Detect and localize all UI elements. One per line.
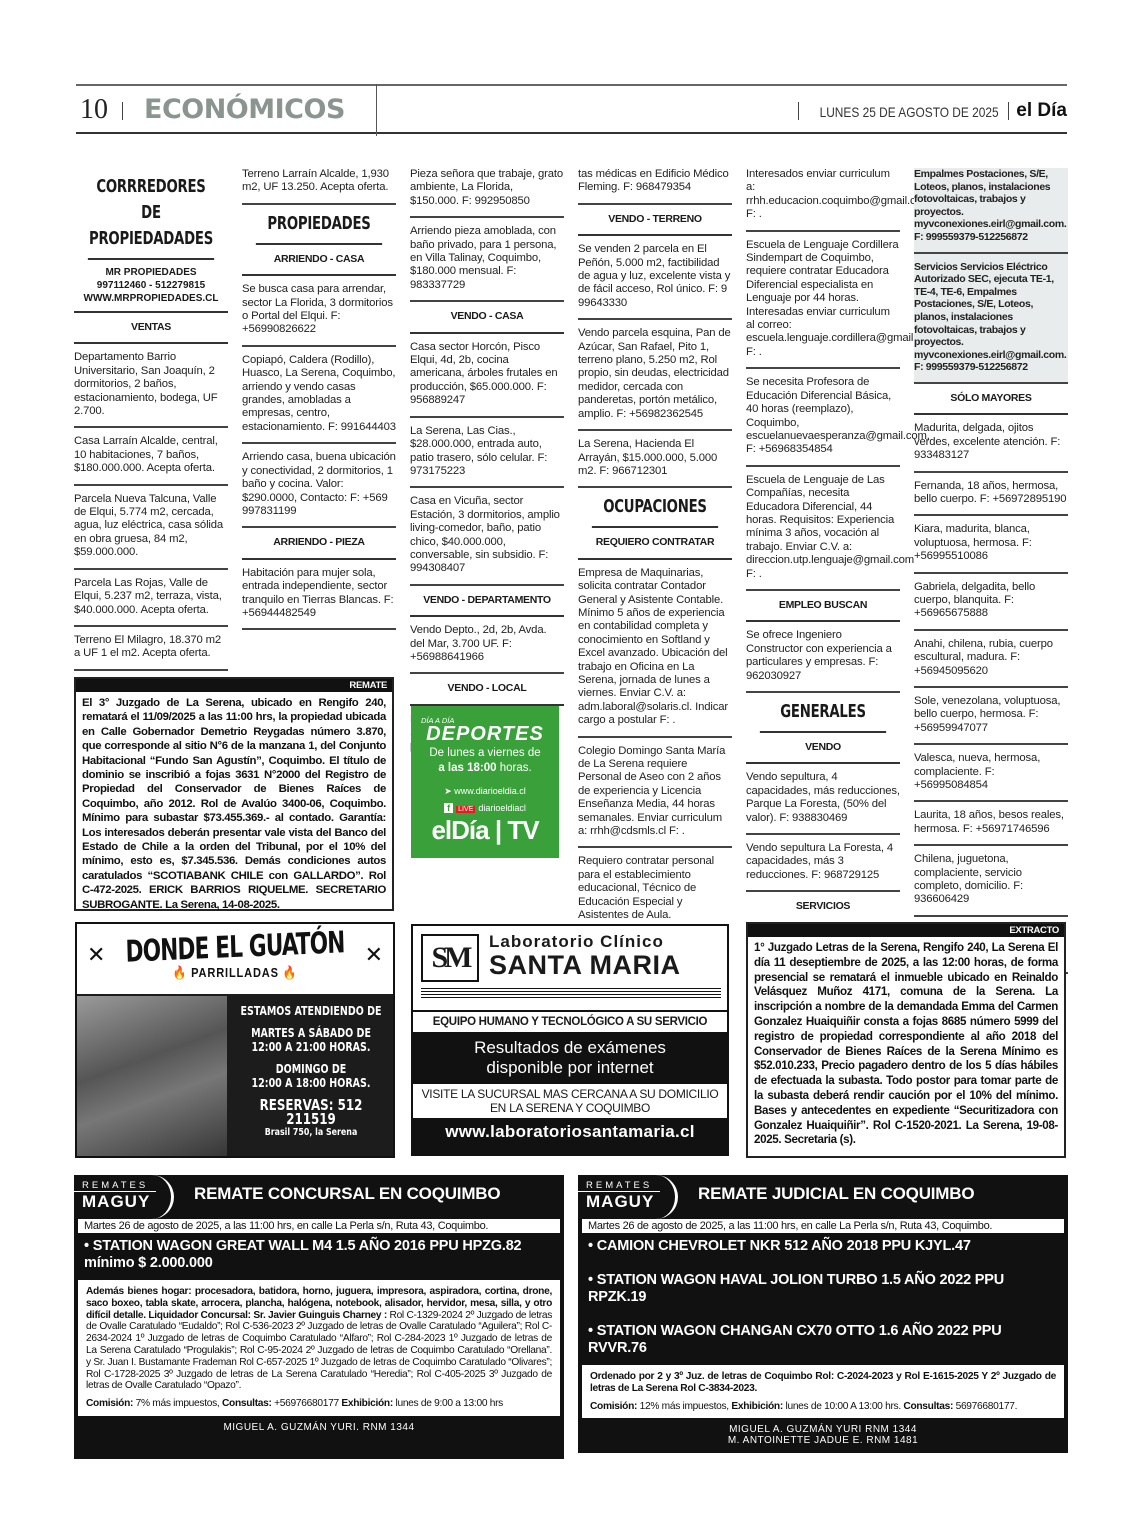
classified-ad: Parcela Las Rojas, Valle de Elqui, 5.237… <box>74 570 228 627</box>
live-badge: LIVE <box>456 806 475 813</box>
remate-detail: Ordenado por 2 y 3º Juz. de letras de Co… <box>582 1365 1064 1418</box>
maguy-logo: REMATES MAGUY <box>74 1175 174 1219</box>
eldia-tv-logo: elDía | TV <box>411 815 559 846</box>
subsection-heading: ARRIENDO - PIEZA <box>242 528 396 559</box>
classified-ad: Chilena, juguetona, complaciente, servic… <box>914 846 1068 917</box>
remate-detail: Además bienes hogar: procesadora, batido… <box>78 1280 560 1416</box>
remate-terms: Comisión: 7% más impuestos, Consultas: +… <box>86 1398 552 1410</box>
notice-tag: EXTRACTO <box>748 924 1064 937</box>
classified-ad: Valesca, nueva, hermosa, complaciente. F… <box>914 745 1068 802</box>
classified-ad: Arriendo pieza amoblada, con baño privad… <box>410 218 564 302</box>
remate-title: REMATE JUDICIAL EN COQUIMBO <box>698 1184 974 1204</box>
subsection-heading: SÓLO MAYORES <box>914 384 1068 415</box>
page-number: 10 <box>80 94 108 126</box>
classified-ad: La Serena, Las Cias., $28.000.000, entra… <box>410 418 564 489</box>
auctioneer-credit: MIGUEL A. GUZMÁN YURI RNM 1344M. ANTOINE… <box>578 1418 1068 1451</box>
lab-name-line1: Laboratorio Clínico <box>489 932 664 952</box>
classified-ad: Casa Larraín Alcalde, central, 10 habita… <box>74 428 228 485</box>
maguy-logo: REMATES MAGUY <box>578 1175 678 1219</box>
classified-ad: Parcela Nueva Talcuna, Valle de Elqui, 5… <box>74 486 228 570</box>
sm-logo: SM <box>421 934 479 982</box>
divider <box>376 84 377 136</box>
section-title: ECONÓMICOS <box>144 94 345 125</box>
ad-address: Brasil 750, la Serena <box>237 1126 385 1140</box>
facebook-icon: f <box>444 803 453 813</box>
classified-ad: Se venden 2 parcela en El Peñón, 5.000 m… <box>578 236 732 320</box>
grilled-meat-photo <box>77 996 227 1158</box>
classified-ad: Terreno Larraín Alcalde, 1,930 m2, UF 13… <box>242 168 396 205</box>
ad-website-link[interactable]: ➤ www.diarioeldia.cl <box>411 786 559 797</box>
remate-terms: Comisión: 12% más impuestos, Exhibición:… <box>590 1401 1056 1413</box>
classified-ad: Servicios Servicios Eléctrico Autorizado… <box>914 254 1068 384</box>
page-header: 10 ECONÓMICOS LUNES 25 DE AGOSTO DE 2025… <box>76 84 1067 134</box>
remate-concursal-ad: REMATES MAGUY REMATE CONCURSAL EN COQUIM… <box>74 1175 564 1459</box>
remate-judicial-ad: REMATES MAGUY REMATE JUDICIAL EN COQUIMB… <box>578 1175 1068 1453</box>
classified-ad: Fernanda, 18 años, hermosa, bello cuerpo… <box>914 473 1068 517</box>
ad-schedule-time: a las 18:00 horas. <box>411 761 559 776</box>
eldia-tv-ad[interactable]: DÍA A DÍA DEPORTES De lunes a viernes de… <box>411 706 559 858</box>
lab-name-line2: SANTA MARIA <box>489 950 680 981</box>
subsection-heading: VENTAS <box>74 313 228 344</box>
classified-ad: Casa en Vicuña, sector Estación, 3 dormi… <box>410 488 564 585</box>
remate-lot: • CAMION CHEVROLET NKR 512 AÑO 2018 PPU … <box>578 1233 1068 1267</box>
auctioneer-credit: MIGUEL A. GUZMÁN YURI. RNM 1344 <box>74 1416 564 1438</box>
ad-subtitle: 🔥 PARRILLADAS 🔥 <box>101 965 370 981</box>
hours-weekdays: MARTES A SÁBADO DE12:00 A 21:00 HORAS. <box>237 1026 385 1054</box>
classified-ad: Vendo sepultura La Foresta, 4 capacidade… <box>746 835 900 892</box>
classified-ad: Empalmes Postaciones, S/E, Loteos, plano… <box>914 168 1068 254</box>
column-terreno-ocupaciones: tas médicas en Edificio Médico Fleming. … <box>578 168 732 930</box>
column-vendo: Pieza señora que trabaje, grato ambiente… <box>410 168 564 761</box>
classified-ad: Sole, venezolana, voluptuosa, bello cuer… <box>914 688 1068 745</box>
remate-date: Martes 26 de agosto de 2025, a las 11:00… <box>78 1219 560 1233</box>
divider <box>1008 102 1009 120</box>
ad-brand: DEPORTES <box>411 723 559 746</box>
lab-tagline: EQUIPO HUMANO Y TECNOLÓGICO A SU SERVICI… <box>413 1010 727 1032</box>
donde-el-guaton-ad[interactable]: ✕ ✕ DONDE EL GUATÓN 🔥 PARRILLADAS 🔥 ESTA… <box>75 922 395 1158</box>
remate-header: REMATES MAGUY REMATE JUDICIAL EN COQUIMB… <box>578 1175 1068 1219</box>
classified-ad: Se necesita Profesora de Educación Difer… <box>746 369 900 466</box>
classified-ad: Terreno El Milagro, 18.370 m2 a UF 1 el … <box>74 627 228 671</box>
column-propiedades: Terreno Larraín Alcalde, 1,930 m2, UF 13… <box>242 168 396 630</box>
divider <box>122 102 123 120</box>
divider <box>798 102 799 120</box>
column-servicios-mayores: Empalmes Postaciones, S/E, Loteos, plano… <box>914 168 1068 974</box>
column-corredores: CORRREDORES DE PROPIEDADADES MR PROPIEDA… <box>74 168 228 671</box>
agency-website[interactable]: WWW.MRPROPIEDADES.CL <box>74 292 228 305</box>
remate-notice: REMATE El 3° Juzgado de La Serena, ubica… <box>74 677 394 911</box>
classified-ad: Anahi, chilena, rubia, cuerpo escultural… <box>914 631 1068 688</box>
newspaper-logo: el Día <box>1016 100 1067 122</box>
remate-header: REMATES MAGUY REMATE CONCURSAL EN COQUIM… <box>74 1175 564 1219</box>
classified-ad: Colegio Domingo Santa María de La Serena… <box>578 738 732 849</box>
lab-website-link[interactable]: www.laboratoriosantamaria.cl <box>413 1118 727 1146</box>
subsection-heading: VENDO - LOCAL <box>410 674 564 705</box>
flame-icon: 🔥 <box>173 965 188 980</box>
classified-ad: Casa sector Horcón, Pisco Elqui, 4d, 2b,… <box>410 334 564 418</box>
classified-ad: Se busca casa para arrendar, sector La F… <box>242 276 396 347</box>
remate-title: REMATE CONCURSAL EN COQUIMBO <box>194 1184 500 1204</box>
ad-schedule: De lunes a viernes de <box>411 746 559 761</box>
section-heading: GENERALES <box>760 693 886 733</box>
section-heading: OCUPACIONES <box>592 488 718 528</box>
notice-text: El 3° Juzgado de La Serena, ubicado en R… <box>76 692 392 916</box>
flame-icon: 🔥 <box>283 965 298 980</box>
classified-ad: Se ofrece Ingeniero Constructor con expe… <box>746 622 900 693</box>
ad-header: ✕ ✕ DONDE EL GUATÓN 🔥 PARRILLADAS 🔥 <box>77 924 393 994</box>
section-heading: CORRREDORES DE PROPIEDADADES <box>88 168 214 260</box>
classified-ad: La Serena, Hacienda El Arrayán, $15.000.… <box>578 431 732 488</box>
classified-ad: Arriendo casa, buena ubicación y conecti… <box>242 444 396 528</box>
lab-header: SM Laboratorio Clínico SANTA MARIA <box>413 926 727 1010</box>
reservation-phone: RESERVAS: 512 211519 <box>237 1098 385 1126</box>
decorative-stripes <box>421 988 721 998</box>
subsection-heading: VENDO <box>746 733 900 764</box>
classified-ad: Requiero contratar personal para el esta… <box>578 848 732 930</box>
classified-ad: Habitación para mujer sola, entrada inde… <box>242 560 396 631</box>
agency-contact: MR PROPIEDADES 997112460 - 512279815 WWW… <box>74 260 228 313</box>
classified-ad: Interesados enviar curriculum a: rrhh.ed… <box>746 168 900 232</box>
subsection-heading: SERVICIOS <box>746 892 900 923</box>
classified-ad: Kiara, madurita, blanca, voluptuosa, her… <box>914 516 1068 573</box>
ad-hours: ESTAMOS ATENDIENDO DE MARTES A SÁBADO DE… <box>237 1004 385 1140</box>
section-heading: PROPIEDADES <box>256 205 382 245</box>
subsection-heading: EMPLEO BUSCAN <box>746 591 900 622</box>
ad-title: DONDE EL GUATÓN <box>108 922 362 971</box>
classified-ad: Escuela de Lenguaje de Las Compañías, ne… <box>746 467 900 591</box>
classified-ad: Empresa de Maquinarias, solicita contrat… <box>578 560 732 738</box>
remate-lot: • STATION WAGON HAVAL JOLION TURBO 1.5 A… <box>578 1267 1068 1318</box>
column-empleo-generales: Interesados enviar curriculum a: rrhh.ed… <box>746 168 900 976</box>
subsection-heading: VENDO - TERRENO <box>578 205 732 236</box>
remate-lot: • STATION WAGON CHANGAN CX70 OTTO 1.6 AÑ… <box>578 1318 1068 1361</box>
classified-ad: Pieza señora que trabaje, grato ambiente… <box>410 168 564 218</box>
classified-ad: Gabriela, delgadita, bello cuerpo, blanq… <box>914 574 1068 631</box>
subsection-heading: REQUIERO CONTRATAR <box>578 528 732 559</box>
subsection-heading: ARRIENDO - CASA <box>242 245 396 276</box>
classified-ad: Vendo parcela esquina, Pan de Azúcar, Sa… <box>578 320 732 431</box>
classified-ad: Vendo sepultura, 4 capacidades, más redu… <box>746 764 900 835</box>
notice-tag: REMATE <box>76 679 392 692</box>
hours-intro: ESTAMOS ATENDIENDO DE <box>237 1004 385 1018</box>
cursor-icon: ➤ <box>444 786 452 796</box>
agency-phone: 997112460 - 512279815 <box>74 279 228 292</box>
remate-lot: • STATION WAGON GREAT WALL M4 1.5 AÑO 20… <box>74 1233 564 1276</box>
laboratorio-santa-maria-ad[interactable]: SM Laboratorio Clínico SANTA MARIA EQUIP… <box>411 924 729 1156</box>
hours-sunday: DOMINGO DE12:00 A 18:00 HORAS. <box>237 1062 385 1090</box>
extracto-notice: EXTRACTO 1° Juzgado Letras de la Serena,… <box>746 922 1066 1158</box>
ad-facebook-link[interactable]: fLIVEdiarioeldiacl <box>411 803 559 813</box>
subsection-heading: VENDO - CASA <box>410 302 564 333</box>
agency-name: MR PROPIEDADES <box>74 266 228 279</box>
notice-text: 1° Juzgado Letras de la Serena, Rengifo … <box>748 937 1064 1152</box>
classified-ad: Copiapó, Caldera (Rodillo), Huasco, La S… <box>242 347 396 444</box>
classified-ad: Madurita, delgada, ojitos verdes, excele… <box>914 415 1068 472</box>
classified-ad: Escuela de Lenguaje Cordillera Sindempar… <box>746 232 900 370</box>
subsection-heading: VENDO - DEPARTAMENTO <box>410 586 564 617</box>
classified-ad: tas médicas en Edificio Médico Fleming. … <box>578 168 732 205</box>
issue-date: LUNES 25 DE AGOSTO DE 2025 <box>820 104 999 120</box>
classified-ad: Laurita, 18 años, besos reales, hermosa.… <box>914 802 1068 846</box>
lab-visit: VISITE LA SUCURSAL MAS CERCANA A SU DOMI… <box>413 1084 727 1118</box>
remate-date: Martes 26 de agosto de 2025, a las 11:00… <box>582 1219 1064 1233</box>
classified-ad: Vendo Depto., 2d, 2b, Avda. del Mar, 3.7… <box>410 617 564 674</box>
lab-results: Resultados de exámenesdisponible por int… <box>413 1032 727 1084</box>
classified-ad: Departamento Barrio Universitario, San J… <box>74 344 228 428</box>
